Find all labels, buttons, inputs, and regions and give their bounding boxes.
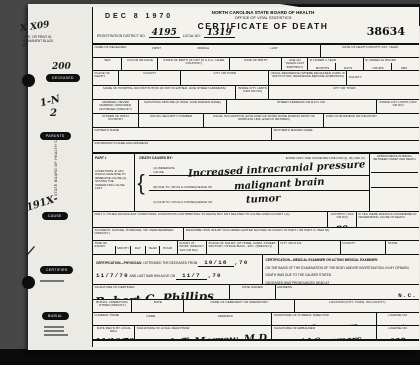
cell-citizenship: CITIZEN OF WHAT COUNTRY U.S. bbox=[93, 114, 139, 127]
cell-marital-status: MARRIED, NEVER MARRIED, WIDOWED, DIVORCE… bbox=[93, 100, 139, 113]
cell-funeral-director-signature: SIGNATURE OF FUNERAL DIRECTOR Reid Summe… bbox=[272, 313, 376, 325]
date-received-label: DATE REC'D BY LOCAL REG. bbox=[95, 327, 134, 334]
row-place: PLACE OF DEATH COUNTY Guilford CITY OR T… bbox=[93, 71, 419, 86]
burial-date-label: DATE bbox=[134, 301, 183, 305]
sex-label: SEX bbox=[95, 59, 121, 63]
death-time-value: 6 P bbox=[131, 282, 146, 284]
funeral-director-signature: Reid Summers bbox=[284, 322, 358, 325]
cell-under-24-hours: IF UNDER 24 HOURS HOURS MIN. bbox=[364, 58, 419, 70]
residence-county-label: COUNTY bbox=[349, 76, 418, 80]
cell-under-1-year: IF UNDER 1 YEAR MONTHS DAYS bbox=[308, 58, 363, 70]
registrar-signature: Sarah T. Morrow, M.D. bbox=[145, 333, 271, 339]
margin-tab-deceased: DECEASED bbox=[46, 74, 80, 82]
injury-day-header: DAY bbox=[131, 246, 145, 250]
funeral-home-label: FUNERAL HOME bbox=[95, 314, 271, 318]
marital-status-label: MARRIED, NEVER MARRIED, WIDOWED, DIVORCE… bbox=[95, 101, 137, 112]
margin-smalltext-bar-4 bbox=[44, 334, 68, 336]
row-hospital: NAME OF HOSPITAL OR INSTITUTION (IF NOT … bbox=[93, 86, 419, 100]
cell-place-of-injury: PLACE OF INJURY (AT HOME, FARM, STREET, … bbox=[207, 241, 279, 254]
attended-from-value: 10/18 bbox=[198, 259, 233, 267]
document-title: CERTIFICATE OF DEATH bbox=[188, 21, 338, 31]
injury-month-header: MONTH bbox=[116, 246, 130, 250]
accident-label: ACCIDENT, SUICIDE, HOMICIDE, OR UNDETERM… bbox=[95, 229, 183, 236]
row-part2: PART II. OTHER SIGNIFICANT CONDITIONS: C… bbox=[93, 212, 419, 228]
due-to-b-label: (B) DUE TO, OR AS A CONSEQUENCE OF bbox=[153, 185, 212, 190]
cell-father: FATHER'S NAME George Monroe Josey bbox=[93, 128, 272, 140]
margin-note-191x: 191X- bbox=[25, 193, 59, 213]
cell-race: COLOR OR RACE WHITE bbox=[122, 58, 158, 70]
director-license-label: LICENSE NO. bbox=[378, 314, 418, 318]
cell-occupation: USUAL OCCUPATION (GIVE KIND OF WORK DONE… bbox=[204, 114, 325, 127]
last-header: LAST bbox=[270, 46, 278, 50]
cell-date-of-birth: DATE OF BIRTH Apr.15,1912 bbox=[230, 58, 282, 70]
certifier-signature-value: Robert C. Phillips bbox=[95, 289, 214, 299]
row-informant: INFORMANT'S NAME AND ADDRESS Mrs. Beulah… bbox=[93, 141, 419, 154]
cell-residence-county: COUNTY bbox=[347, 71, 419, 85]
row-signature: SIGNATURE OF CERTIFIER Robert C. Phillip… bbox=[93, 285, 419, 300]
cell-time-of-injury: TIME OF INJURY MONTH DAY YEAR HOUR bbox=[93, 241, 178, 254]
cell-cemetery-location: LOCATION (CITY, TOWN, OR COUNTY) Statesv… bbox=[295, 300, 419, 312]
medical-examiner-text: ON THE BASIS OF THE EXAMINATION OF THE B… bbox=[266, 266, 410, 278]
injury-state-label: STATE bbox=[388, 242, 418, 246]
autopsy-value: no bbox=[336, 223, 348, 227]
time-of-injury-label: TIME OF INJURY bbox=[95, 242, 117, 249]
cell-medical-examiner-certification: CERTIFICATION—MEDICAL EXAMINER OR ACTING… bbox=[263, 255, 419, 284]
due-to-b-value: malignant brain bbox=[234, 177, 325, 193]
date-received-value: 11/16/70 bbox=[95, 336, 134, 339]
row-certification: CERTIFICATION—PHYSICIAN: I ATTENDED THE … bbox=[93, 255, 419, 285]
interval-label: APPROXIMATE INTERVAL BETWEEN ONSET AND D… bbox=[371, 155, 418, 162]
death-city-label: CITY OR TOWN bbox=[183, 72, 268, 76]
title-block: NORTH CAROLINA STATE BOARD OF HEALTH OFF… bbox=[188, 10, 338, 31]
minutes-header: MIN. bbox=[392, 66, 417, 70]
cell-cause-stub: PART I. CONDITIONS, IF ANY, WHICH GAVE R… bbox=[93, 154, 135, 211]
funeral-name-header: NAME bbox=[146, 314, 155, 318]
brace-glyph: { bbox=[137, 172, 144, 195]
interval-line-b bbox=[371, 173, 418, 188]
cell-date-of-death: DATE OF DEATH (MONTH, DAY, YEAR) Nov. 7,… bbox=[321, 45, 419, 57]
pronounced-dead-label: DECEASED WAS PRONOUNCED DEAD AT bbox=[266, 281, 330, 284]
cell-registrar-signature: SIGNATURE OF LOCAL REGISTRAR Sarah T. Mo… bbox=[135, 326, 272, 339]
under-1-year-label: IF UNDER 1 YEAR bbox=[310, 59, 362, 63]
cell-death-county: COUNTY Guilford bbox=[119, 71, 181, 85]
residence-label: USUAL RESIDENCE (WHERE DECEASED LIVED. I… bbox=[271, 72, 346, 79]
due-to-c-label: (C) DUE TO, OR AS A CONSEQUENCE OF bbox=[153, 200, 212, 205]
row-parents: FATHER'S NAME George Monroe Josey MOTHER… bbox=[93, 128, 419, 141]
cell-industry: KIND OF BUSINESS OR INDUSTRY bbox=[324, 114, 419, 127]
row-marital: MARRIED, NEVER MARRIED, WIDOWED, DIVORCE… bbox=[93, 100, 419, 114]
registration-district-number: 4195 bbox=[149, 29, 180, 38]
injury-hour-header: HOUR bbox=[160, 246, 174, 250]
cell-burial-date: DATE 11-10,1970 bbox=[132, 300, 184, 312]
margin-note-200: 200 bbox=[52, 62, 71, 72]
ssn-label: SOCIAL SECURITY NUMBER bbox=[140, 115, 202, 119]
cell-residence-city: CITY OR TOWN Eau Gallie bbox=[269, 86, 419, 99]
margin-tab-cause: CAUSE bbox=[42, 212, 68, 220]
cell-findings: IF YES, WERE FINDINGS CONSIDERED IN DETE… bbox=[357, 212, 419, 227]
last-saw-label: AND LAST SAW HIM ALIVE ON bbox=[129, 274, 175, 278]
attended-from-label: I ATTENDED THE DECEASED FROM bbox=[143, 261, 197, 265]
office-name: OFFICE OF VITAL STATISTICS bbox=[188, 15, 338, 20]
embalmer-license-label: LICENSE NO. bbox=[378, 327, 418, 331]
autopsy-label: AUTOPSY (YES OR NO) bbox=[329, 213, 355, 220]
cell-hospital: NAME OF HOSPITAL OR INSTITUTION (IF NOT … bbox=[93, 86, 236, 99]
margin-smalltext-bar-3 bbox=[44, 330, 64, 332]
embalmer-signature: Reid Summers bbox=[288, 335, 362, 339]
margin-copy-note: STATE BOARD OF HEALTH COPY bbox=[54, 131, 58, 196]
date-of-death-label: DATE OF DEATH (MONTH, DAY, YEAR) bbox=[323, 46, 418, 50]
cell-spouse: SURVIVING SPOUSE (IF WIFE, GIVE MAIDEN N… bbox=[139, 100, 227, 113]
state-of-birth-label: STATE OF BIRTH (IF NOT IN U.S.A., NAME C… bbox=[160, 59, 228, 66]
scan-bottom-bar bbox=[0, 349, 420, 365]
cell-place-section: PLACE OF DEATH bbox=[93, 71, 119, 85]
occupation-label: USUAL OCCUPATION (GIVE KIND OF WORK DONE… bbox=[205, 115, 322, 122]
mother-label: MOTHER'S MAIDEN NAME bbox=[274, 129, 418, 133]
death-city-value: Greensboro bbox=[201, 84, 248, 85]
attended-to-value: 11/7/70 bbox=[96, 272, 129, 279]
cell-director-license: LICENSE NO. 578 bbox=[377, 313, 419, 325]
cell-funeral-home: FUNERAL HOME NAME ADDRESS Johnson Funera… bbox=[93, 313, 272, 325]
cell-ssn: SOCIAL SECURITY NUMBER Unknown bbox=[139, 114, 204, 127]
how-injury-label: DESCRIBE HOW INJURY OCCURRED (ENTER NATU… bbox=[186, 229, 418, 233]
cell-accident: ACCIDENT, SUICIDE, HOMICIDE, OR UNDETERM… bbox=[93, 228, 184, 240]
death-county-label: COUNTY bbox=[121, 72, 179, 76]
cell-embalmer-license: LICENSE NO. 688 bbox=[377, 326, 419, 339]
cell-state-of-birth: STATE OF BIRTH (IF NOT IN U.S.A., NAME C… bbox=[158, 58, 230, 70]
cell-hospital-city-limits: INSIDE CITY LIMITS (YES OR NO) Yes bbox=[236, 86, 269, 99]
cell-cemetery: NAME OF CEMETERY OR CREMATORY Iredell Me… bbox=[184, 300, 295, 312]
last-saw-value: 11/7 bbox=[176, 272, 207, 280]
burial-type-label: BURIAL, CREMATION, OTHER (SPECIFY) bbox=[95, 301, 131, 308]
cell-mother: MOTHER'S MAIDEN NAME Sally Hinson bbox=[272, 128, 419, 140]
cell-burial-type: BURIAL, CREMATION, OTHER (SPECIFY) Buria… bbox=[93, 300, 132, 312]
date-signed-value: 11/13/70 bbox=[234, 298, 271, 299]
margin-smalltext-bar-2 bbox=[44, 326, 64, 328]
cell-cause-lines: DEATH CAUSED BY: ENTER ONLY ONE CAUSE PE… bbox=[135, 154, 370, 211]
residence-city-limits-label: INSIDE CITY LIMITS (YES OR NO) bbox=[378, 101, 418, 108]
cell-death-city: CITY OR TOWN Greensboro bbox=[181, 71, 269, 85]
cell-other-conditions: PART II. OTHER SIGNIFICANT CONDITIONS: C… bbox=[93, 212, 328, 227]
cemetery-label: NAME OF CEMETERY OR CREMATORY bbox=[186, 301, 293, 305]
margin-tab-burial: BURIAL bbox=[42, 312, 69, 320]
medical-examiner-label: CERTIFICATION—MEDICAL EXAMINER OR ACTING… bbox=[266, 258, 379, 262]
due-to-line-b: (B) DUE TO, OR AS A CONSEQUENCE OF malig… bbox=[149, 176, 369, 191]
due-to-c-value: tumor bbox=[246, 193, 281, 206]
injury-city-label: CITY OR R.F.D. bbox=[280, 242, 338, 246]
row-accident: ACCIDENT, SUICIDE, HOMICIDE, OR UNDETERM… bbox=[93, 228, 419, 241]
hole-punch-top bbox=[22, 74, 35, 87]
row-name: NAME OF DECEASED FIRSTAvery MIDDLELeonar… bbox=[93, 45, 419, 58]
certificate-sheet: X X09 TYPE, OR PRINT IN PERMANENT BLACK … bbox=[28, 4, 420, 350]
row-injury: TIME OF INJURY MONTH DAY YEAR HOUR INJUR… bbox=[93, 241, 419, 255]
physician-cert-label: CERTIFICATION—PHYSICIAN: bbox=[96, 261, 142, 265]
margin-tab-certifier: CERTIFIER bbox=[40, 266, 73, 274]
cell-injury-city: CITY OR R.F.D. bbox=[279, 241, 341, 254]
date-of-birth-label: DATE OF BIRTH bbox=[231, 59, 280, 63]
place-of-injury-label: PLACE OF INJURY (AT HOME, FARM, STREET, … bbox=[209, 242, 277, 249]
row-cause: PART I. CONDITIONS, IF ANY, WHICH GAVE R… bbox=[93, 154, 419, 212]
race-label: COLOR OR RACE bbox=[124, 59, 156, 63]
received-date-stamp: DEC 8 1970 bbox=[105, 13, 173, 20]
interval-line-a bbox=[371, 162, 418, 173]
cell-street-address: STREET ADDRESS OR R.F.D. No. 22 Heilman … bbox=[227, 100, 377, 113]
scanned-death-certificate: X X09 TYPE, OR PRINT IN PERMANENT BLACK … bbox=[0, 0, 420, 365]
funeral-director-label: SIGNATURE OF FUNERAL DIRECTOR bbox=[274, 314, 375, 318]
due-to-line-c: (C) DUE TO, OR AS A CONSEQUENCE OF tumor bbox=[149, 191, 369, 205]
attended-from-year: ,70 bbox=[235, 259, 249, 266]
immediate-cause-label: (A) IMMEDIATE CAUSE bbox=[153, 166, 183, 175]
form-header: DEC 8 1970 REGISTRATION DISTRICT NO. 419… bbox=[93, 7, 419, 45]
cell-date-received: DATE REC'D BY LOCAL REG. 11/16/70 bbox=[93, 326, 135, 339]
director-license-value: 578 bbox=[389, 323, 406, 325]
last-saw-year: ,70 bbox=[208, 272, 222, 279]
first-header: FIRST bbox=[152, 46, 161, 50]
death-county-value: Guilford bbox=[131, 84, 168, 85]
cell-residence-city-limits: INSIDE CITY LIMITS (YES OR NO) Yes bbox=[377, 100, 419, 113]
margin-note-2: 2 bbox=[50, 108, 57, 119]
cell-embalmer-signature: SIGNATURE OF EMBALMER Reid Summers bbox=[272, 326, 376, 339]
margin-smalltext-bar-1 bbox=[40, 280, 64, 282]
date-signed-label: DATE SIGNED bbox=[231, 286, 273, 290]
row-funeral: FUNERAL HOME NAME ADDRESS Johnson Funera… bbox=[93, 313, 419, 326]
certifier-address-label: ADDRESS bbox=[277, 286, 418, 290]
cell-age: AGE (IN YEARS LAST BIRTHDAY) 58 bbox=[282, 58, 308, 70]
cell-injury-state: STATE bbox=[386, 241, 419, 254]
cell-how-injury: DESCRIBE HOW INJURY OCCURRED (ENTER NATU… bbox=[184, 228, 419, 240]
death-caused-by-label: DEATH CAUSED BY: bbox=[139, 156, 172, 160]
certifier-address-state: N.C. bbox=[398, 292, 417, 299]
row-citizen: CITIZEN OF WHAT COUNTRY U.S. SOCIAL SECU… bbox=[93, 114, 419, 128]
registration-district-label: REGISTRATION DISTRICT NO. bbox=[97, 34, 146, 38]
embalmer-license-value: 688 bbox=[389, 336, 406, 339]
local-number-label: LOCAL NO. bbox=[183, 34, 201, 38]
cell-injury-at-work: INJURY AT WORK (SPECIFY YES OR NO) bbox=[178, 241, 207, 254]
cell-informant: INFORMANT'S NAME AND ADDRESS Mrs. Beulah… bbox=[93, 141, 419, 152]
row-burial: BURIAL, CREMATION, OTHER (SPECIFY) Buria… bbox=[93, 300, 419, 313]
cell-interval: APPROXIMATE INTERVAL BETWEEN ONSET AND D… bbox=[370, 154, 419, 211]
findings-label: IF YES, WERE FINDINGS CONSIDERED IN DETE… bbox=[359, 213, 418, 220]
middle-header: MIDDLE bbox=[198, 46, 210, 50]
informant-label: INFORMANT'S NAME AND ADDRESS bbox=[95, 142, 419, 146]
hospital-label: NAME OF HOSPITAL OR INSTITUTION (IF NOT … bbox=[95, 87, 235, 91]
months-header: MONTHS bbox=[310, 66, 335, 70]
under-24-hours-label: IF UNDER 24 HOURS bbox=[365, 59, 418, 63]
cell-injury-county: COUNTY bbox=[341, 241, 387, 254]
cell-residence-state: USUAL RESIDENCE (WHERE DECEASED LIVED. I… bbox=[269, 71, 347, 85]
cell-sex: SEX MALE bbox=[93, 58, 122, 70]
industry-label: KIND OF BUSINESS OR INDUSTRY bbox=[326, 115, 418, 119]
embalmer-label: SIGNATURE OF EMBALMER bbox=[274, 327, 375, 331]
margin-note-slash: / bbox=[26, 244, 34, 260]
row-vitals: SEX MALE COLOR OR RACE WHITE STATE OF BI… bbox=[93, 58, 419, 71]
street-address-label: STREET ADDRESS OR R.F.D. No. bbox=[228, 101, 374, 105]
hospital-city-limits-label: INSIDE CITY LIMITS (YES OR NO) bbox=[238, 87, 267, 94]
scan-left-shade bbox=[0, 0, 30, 365]
place-of-death-label: PLACE OF DEATH bbox=[95, 72, 118, 79]
margin-note-1n: 1-N bbox=[39, 94, 61, 110]
other-conditions-label: PART II. OTHER SIGNIFICANT CONDITIONS: C… bbox=[95, 213, 326, 216]
injury-year-header: YEAR bbox=[146, 246, 160, 250]
residence-state-value: Florida bbox=[291, 84, 324, 85]
certificate-form: DEC 8 1970 REGISTRATION DISTRICT NO. 419… bbox=[92, 7, 419, 347]
row-registrar: DATE REC'D BY LOCAL REG. 11/16/70 SIGNAT… bbox=[93, 326, 419, 341]
father-label: FATHER'S NAME bbox=[95, 129, 271, 133]
injury-county-label: COUNTY bbox=[342, 242, 384, 246]
certificate-number: 38634 bbox=[367, 25, 405, 38]
cell-certifier-signature: SIGNATURE OF CERTIFIER Robert C. Phillip… bbox=[93, 285, 230, 299]
cell-certifier-address: ADDRESS 210 West Wendover Ave., Greensbo… bbox=[276, 285, 419, 299]
margin-print-instruction: TYPE, OR PRINT IN PERMANENT BLACK INK bbox=[22, 36, 56, 48]
hole-punch-bottom bbox=[22, 276, 35, 289]
registrar-label: SIGNATURE OF LOCAL REGISTRAR bbox=[137, 327, 270, 331]
cemetery-location-label: LOCATION (CITY, TOWN, OR COUNTY) bbox=[297, 301, 418, 305]
spouse-label: SURVIVING SPOUSE (IF WIFE, GIVE MAIDEN N… bbox=[140, 101, 225, 105]
cell-physician-certification: CERTIFICATION—PHYSICIAN: I ATTENDED THE … bbox=[93, 255, 263, 284]
citizenship-label: CITIZEN OF WHAT COUNTRY bbox=[95, 115, 137, 122]
days-header: DAYS bbox=[336, 66, 361, 70]
injury-at-work-label: INJURY AT WORK (SPECIFY YES OR NO) bbox=[179, 242, 205, 253]
conditions-note: CONDITIONS, IF ANY, WHICH GAVE RISE TO I… bbox=[95, 170, 132, 191]
cell-name: NAME OF DECEASED FIRSTAvery MIDDLELeonar… bbox=[93, 45, 321, 57]
cell-autopsy: AUTOPSY (YES OR NO) no bbox=[328, 212, 357, 227]
residence-city-label: CITY OR TOWN bbox=[271, 87, 418, 91]
immediate-cause-line: (A) IMMEDIATE CAUSE Increased intracrani… bbox=[149, 160, 369, 176]
part1-label: PART I. bbox=[95, 156, 132, 160]
age-label: AGE (IN YEARS LAST BIRTHDAY) bbox=[284, 59, 307, 70]
hours-header: HOURS bbox=[366, 66, 391, 70]
funeral-address-header: ADDRESS bbox=[218, 314, 233, 318]
cell-date-signed: DATE SIGNED 11/13/70 bbox=[230, 285, 276, 299]
